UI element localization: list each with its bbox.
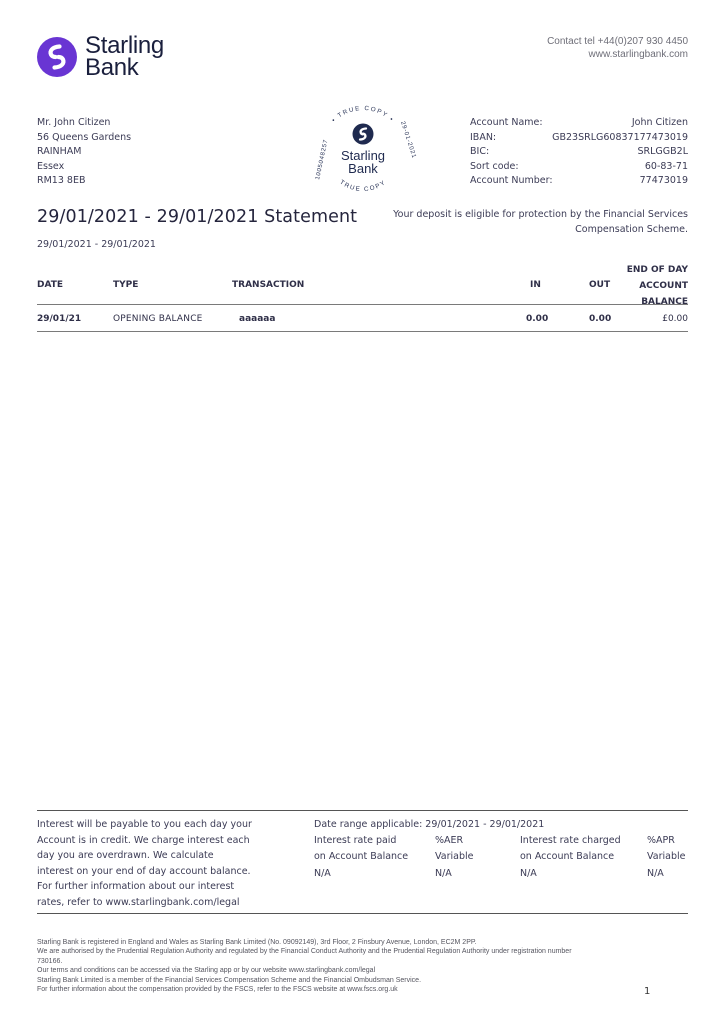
interest-text-line: For further information about our intere… bbox=[37, 879, 282, 895]
row-out: 0.00 bbox=[589, 314, 611, 324]
bic-row: BIC: SRLGGB2L bbox=[470, 145, 688, 160]
customer-address: Mr. John Citizen 56 Queens Gardens RAINH… bbox=[37, 116, 131, 189]
sort-code-label: Sort code: bbox=[470, 160, 519, 175]
legal-line: For further information about the compen… bbox=[37, 985, 677, 994]
apr-value: N/A bbox=[647, 866, 664, 882]
address-line: 56 Queens Gardens bbox=[37, 131, 131, 146]
col-header-out: OUT bbox=[589, 280, 610, 290]
contact-website: www.starlingbank.com bbox=[547, 48, 688, 61]
stamp-graphic: • TRUE COPY • TRUE COPY Starling Bank 10… bbox=[305, 98, 421, 202]
table-row: 29/01/21 OPENING BALANCE aaaaaa 0.00 0.0… bbox=[0, 314, 725, 328]
interest-charged-label-line1: Interest rate charged bbox=[520, 833, 621, 849]
address-line: RAINHAM bbox=[37, 145, 131, 160]
bic-label: BIC: bbox=[470, 145, 489, 160]
row-balance: £0.00 bbox=[662, 314, 688, 324]
interest-paid-value: N/A bbox=[314, 866, 331, 882]
fscs-notice: Your deposit is eligible for protection … bbox=[393, 208, 688, 237]
row-date: 29/01/21 bbox=[37, 314, 81, 324]
interest-charged-value: N/A bbox=[520, 866, 537, 882]
interest-text-line: interest on your end of day account bala… bbox=[37, 864, 282, 880]
account-number-label: Account Number: bbox=[470, 174, 553, 189]
aer-value: N/A bbox=[435, 866, 452, 882]
fscs-notice-line2: Compensation Scheme. bbox=[393, 223, 688, 238]
row-transaction: aaaaaa bbox=[239, 314, 275, 324]
fscs-notice-line1: Your deposit is eligible for protection … bbox=[393, 208, 688, 223]
interest-bottom-divider bbox=[37, 913, 688, 914]
col-header-date: DATE bbox=[37, 280, 63, 290]
brand-name: Starling Bank bbox=[85, 35, 164, 79]
legal-line: Starling Bank is registered in England a… bbox=[37, 938, 677, 947]
legal-line: Our terms and conditions can be accessed… bbox=[37, 966, 677, 975]
sort-code-value: 60-83-71 bbox=[645, 160, 688, 175]
starling-logo: Starling Bank bbox=[37, 35, 164, 79]
true-copy-stamp: • TRUE COPY • TRUE COPY Starling Bank 10… bbox=[305, 98, 421, 202]
account-name-row: Account Name: John Citizen bbox=[470, 116, 688, 131]
iban-row: IBAN: GB23SRLG60837177473019 bbox=[470, 131, 688, 146]
balance-header-line1: END OF DAY bbox=[627, 262, 688, 278]
interest-text-line: day you are overdrawn. We calculate bbox=[37, 848, 282, 864]
address-line: Mr. John Citizen bbox=[37, 116, 131, 131]
starling-s-icon bbox=[37, 37, 77, 77]
col-header-type: TYPE bbox=[113, 280, 138, 290]
bic-value: SRLGGB2L bbox=[637, 145, 688, 160]
aer-label: %AER Variable bbox=[435, 833, 473, 864]
legal-line: Starling Bank Limited is a member of the… bbox=[37, 976, 677, 985]
address-line: Essex bbox=[37, 160, 131, 175]
apr-label: %APR Variable bbox=[647, 833, 685, 864]
svg-text:TRUE COPY: TRUE COPY bbox=[338, 179, 387, 193]
contact-tel: Contact tel +44(0)207 930 4450 bbox=[547, 35, 688, 48]
balance-header-line3: BALANCE bbox=[627, 294, 688, 310]
row-type: OPENING BALANCE bbox=[113, 314, 203, 324]
col-header-transaction: TRANSACTION bbox=[232, 280, 304, 290]
sort-code-row: Sort code: 60-83-71 bbox=[470, 160, 688, 175]
account-details: Account Name: John Citizen IBAN: GB23SRL… bbox=[470, 116, 688, 189]
row-in: 0.00 bbox=[526, 314, 548, 324]
interest-paid-label: Interest rate paid on Account Balance bbox=[314, 833, 408, 864]
svg-text:• TRUE COPY •: • TRUE COPY • bbox=[331, 105, 396, 124]
account-name-label: Account Name: bbox=[470, 116, 543, 131]
interest-paid-label-line2: on Account Balance bbox=[314, 849, 408, 865]
balance-header-line2: ACCOUNT bbox=[627, 278, 688, 294]
address-line: RM13 8EB bbox=[37, 174, 131, 189]
statement-date-range: 29/01/2021 - 29/01/2021 bbox=[37, 239, 156, 250]
interest-charged-label: Interest rate charged on Account Balance bbox=[520, 833, 621, 864]
table-header-divider bbox=[37, 304, 688, 305]
svg-text:29-01-2021: 29-01-2021 bbox=[399, 121, 417, 160]
legal-line: We are authorised by the Prudential Regu… bbox=[37, 947, 677, 956]
account-name-value: John Citizen bbox=[632, 116, 688, 131]
account-number-row: Account Number: 77473019 bbox=[470, 174, 688, 189]
interest-paid-label-line1: Interest rate paid bbox=[314, 833, 408, 849]
statement-title: 29/01/2021 - 29/01/2021 Statement bbox=[37, 207, 357, 227]
aer-label-line1: %AER bbox=[435, 833, 473, 849]
iban-label: IBAN: bbox=[470, 131, 496, 146]
apr-label-line2: Variable bbox=[647, 849, 685, 865]
interest-text-line: Account is in credit. We charge interest… bbox=[37, 833, 282, 849]
apr-label-line1: %APR bbox=[647, 833, 685, 849]
contact-info: Contact tel +44(0)207 930 4450 www.starl… bbox=[547, 35, 688, 61]
legal-line: 730166. bbox=[37, 957, 677, 966]
legal-footer: Starling Bank is registered in England a… bbox=[37, 938, 677, 994]
interest-date-range: Date range applicable: 29/01/2021 - 29/0… bbox=[314, 817, 544, 833]
interest-text-line: rates, refer to www.starlingbank.com/leg… bbox=[37, 895, 282, 911]
interest-top-divider bbox=[37, 810, 688, 811]
interest-charged-label-line2: on Account Balance bbox=[520, 849, 621, 865]
interest-explanation: Interest will be payable to you each day… bbox=[37, 817, 282, 911]
col-header-in: IN bbox=[530, 280, 541, 290]
interest-text-line: Interest will be payable to you each day… bbox=[37, 817, 282, 833]
aer-label-line2: Variable bbox=[435, 849, 473, 865]
brand-name-line2: Bank bbox=[85, 57, 164, 79]
account-number-value: 77473019 bbox=[640, 174, 688, 189]
svg-text:Bank: Bank bbox=[348, 161, 378, 176]
iban-value: GB23SRLG60837177473019 bbox=[552, 131, 688, 146]
page-number: 1 bbox=[644, 986, 650, 997]
table-row-divider bbox=[37, 331, 688, 332]
svg-text:1005048257: 1005048257 bbox=[315, 139, 329, 181]
col-header-balance: END OF DAY ACCOUNT BALANCE bbox=[627, 262, 688, 310]
